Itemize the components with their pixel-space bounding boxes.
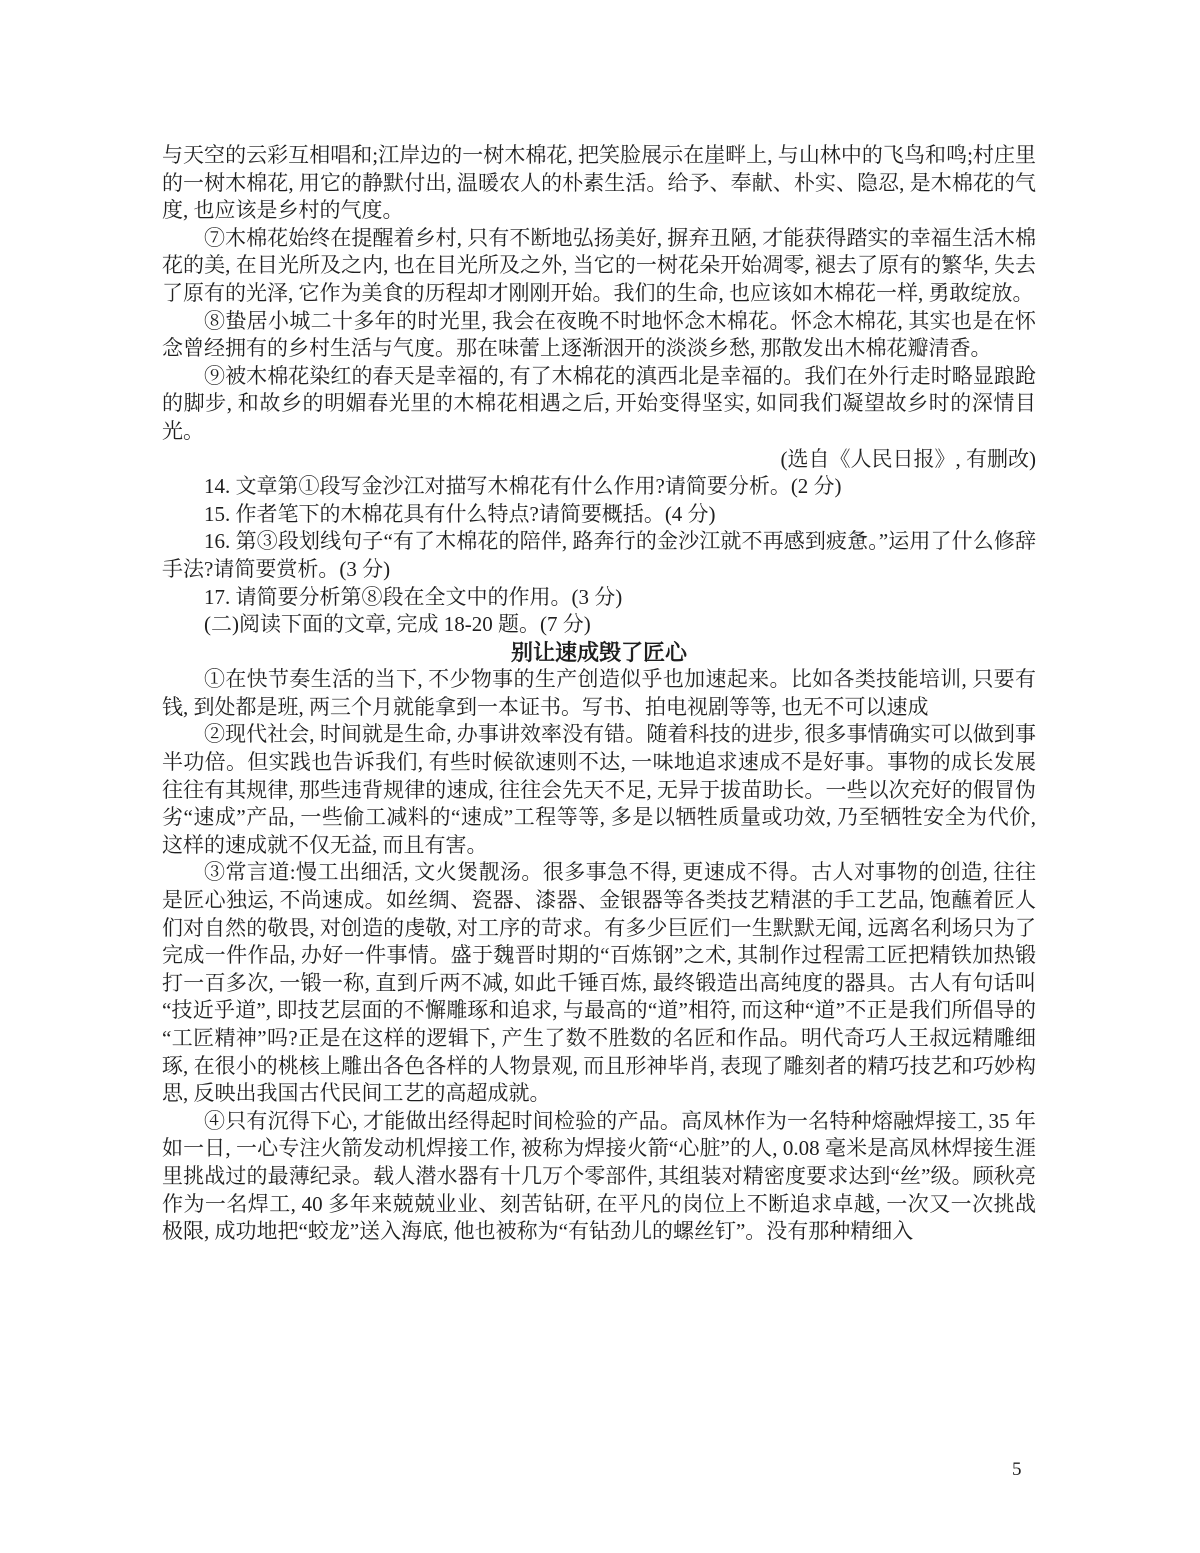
page-number: 5 [1012,1458,1022,1482]
essay1-paragraph-8: ⑧蛰居小城二十多年的时光里, 我会在夜晚不时地怀念木棉花。怀念木棉花, 其实也是… [162,308,1036,363]
essay1-paragraph-7: ⑦木棉花始终在提醒着乡村, 只有不断地弘扬美好, 摒弃丑陋, 才能获得踏实的幸福… [162,225,1036,308]
essay2-paragraph-3: ③常言道:慢工出细活, 文火煲靓汤。很多事急不得, 更速成不得。古人对事物的创造… [162,859,1036,1107]
question-14: 14. 文章第①段写金沙江对描写木棉花有什么作用?请简要分析。(2 分) [162,473,1036,501]
source-attribution: (选自《人民日报》, 有删改) [162,446,1036,474]
exam-paper-page: 与天空的云彩互相唱和;江岸边的一树木棉花, 把笑脸展示在崖畔上, 与山林中的飞鸟… [0,0,1200,1553]
question-16: 16. 第③段划线句子“有了木棉花的陪伴, 路奔行的金沙江就不再感到疲惫。”运用… [162,528,1036,583]
essay2-paragraph-1: ①在快节奏生活的当下, 不少物事的生产创造似乎也加速起来。比如各类技能培训, 只… [162,666,1036,721]
question-15: 15. 作者笔下的木棉花具有什么特点?请简要概括。(4 分) [162,501,1036,529]
page-content: 与天空的云彩互相唱和;江岸边的一树木棉花, 把笑脸展示在崖畔上, 与山林中的飞鸟… [162,142,1036,1246]
essay1-paragraph-9: ⑨被木棉花染红的春天是幸福的, 有了木棉花的滇西北是幸福的。我们在外行走时略显踉… [162,363,1036,446]
question-17: 17. 请简要分析第⑧段在全文中的作用。(3 分) [162,584,1036,612]
essay2-paragraph-4: ④只有沉得下心, 才能做出经得起时间检验的产品。高凤林作为一名特种熔融焊接工, … [162,1108,1036,1246]
essay1-paragraph-continuation: 与天空的云彩互相唱和;江岸边的一树木棉花, 把笑脸展示在崖畔上, 与山林中的飞鸟… [162,142,1036,225]
essay2-paragraph-2: ②现代社会, 时间就是生命, 办事讲效率没有错。随着科技的进步, 很多事情确实可… [162,721,1036,859]
essay2-title: 别让速成毁了匠心 [162,639,1036,667]
section-two-intro: (二)阅读下面的文章, 完成 18-20 题。(7 分) [162,611,1036,639]
